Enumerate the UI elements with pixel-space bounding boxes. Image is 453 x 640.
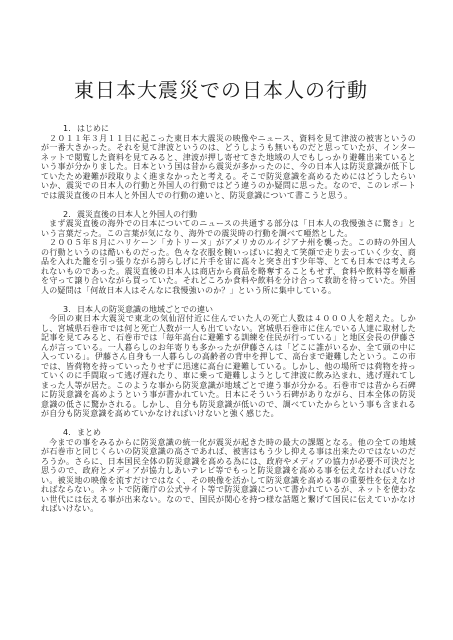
section-regional-differences: 3. 日本人の防災意識の地域ごとでの違い 今回の東日本大震災で東北の気仙沼付近に… — [41, 305, 416, 419]
document-body: 1. はじめに ２０１１年３月１１日に起こった東日本大震災の映像やニュース、資料… — [41, 124, 416, 523]
section-introduction: 1. はじめに ２０１１年３月１１日に起こった東日本大震災の映像やニュース、資料… — [41, 124, 416, 200]
section-behavior-comparison: 2. 震災直後の日本人と外国人の行動 まず震災直後の海外での日本についてのニュー… — [41, 210, 416, 296]
section-heading: 2. 震災直後の日本人と外国人の行動 — [41, 210, 416, 220]
section-number: 3. — [41, 305, 77, 315]
paragraph: 今までの事をみるからに防災意識の統一化が震災が起きた時の最大の課題となる。他の全… — [41, 438, 416, 514]
paragraph: まず震災直後の海外での日本についてのニュースの共通する部分は「日本人の我慢強さに… — [41, 219, 416, 238]
section-heading-text: 日本人の防災意識の地域ごとでの違い — [77, 305, 416, 315]
section-number: 1. — [41, 124, 77, 134]
page-title: 東日本大震災での日本人の行動 — [74, 74, 368, 103]
section-heading-text: はじめに — [77, 124, 416, 134]
section-heading-text: まとめ — [77, 428, 416, 438]
paragraph: 今回の東日本大震災で東北の気仙沼付近に住んでいた人の死亡人数は４０００人を超えた… — [41, 314, 416, 419]
section-heading: 1. はじめに — [41, 124, 416, 134]
section-number: 2. — [41, 210, 77, 220]
section-summary: 4. まとめ 今までの事をみるからに防災意識の統一化が震災が起きた時の最大の課題… — [41, 428, 416, 514]
paragraph: ２０１１年３月１１日に起こった東日本大震災の映像やニュース、資料を見て津波の被害… — [41, 134, 416, 201]
section-heading: 3. 日本人の防災意識の地域ごとでの違い — [41, 305, 416, 315]
document-page: 東日本大震災での日本人の行動 1. はじめに ２０１１年３月１１日に起こった東日… — [0, 0, 453, 640]
section-heading-text: 震災直後の日本人と外国人の行動 — [77, 210, 416, 220]
section-number: 4. — [41, 428, 77, 438]
section-heading: 4. まとめ — [41, 428, 416, 438]
paragraph: ２００５年８月にハリケーン「カトリーヌ」がアメリカのルイジアナ州を襲った。この時… — [41, 238, 416, 295]
